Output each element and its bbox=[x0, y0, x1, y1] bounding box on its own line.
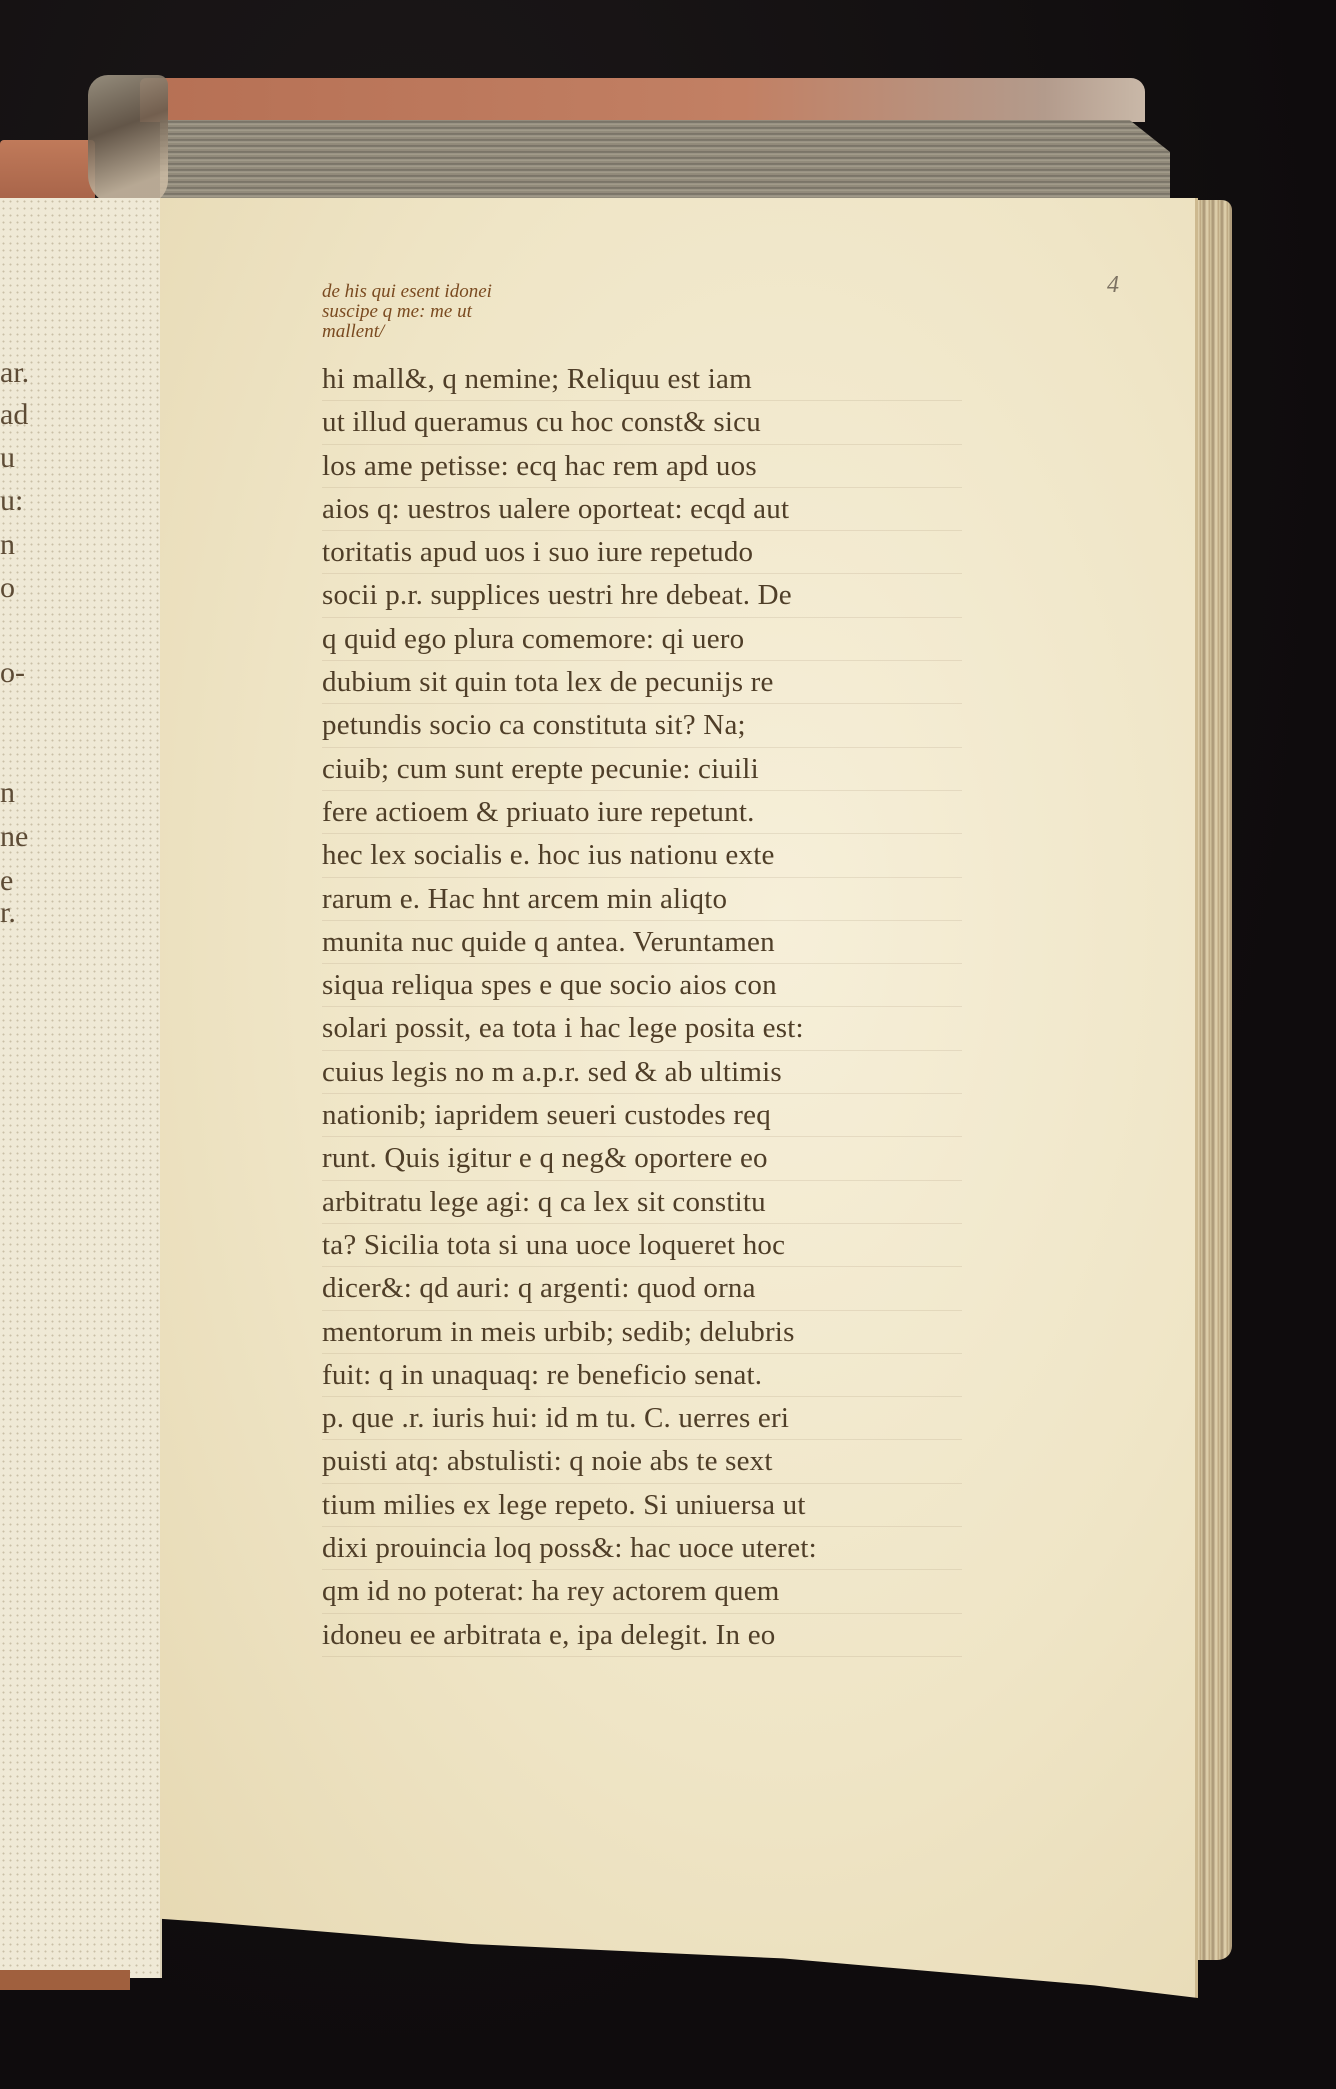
left-page-fragment: e bbox=[0, 866, 40, 896]
text-line: dixi prouincia loq poss&: hac uoce utere… bbox=[322, 1527, 962, 1570]
left-page-fragment: ar. bbox=[0, 358, 40, 388]
gloss-line: de his qui esent idonei bbox=[322, 282, 492, 302]
text-line: puisti atq: abstulisti: q noie abs te se… bbox=[322, 1440, 962, 1483]
text-line: petundis socio ca constituta sit? Na; bbox=[322, 704, 962, 747]
text-line: siqua reliqua spes e que socio aios con bbox=[322, 964, 962, 1007]
text-line: ta? Sicilia tota si una uoce loqueret ho… bbox=[322, 1224, 962, 1267]
left-page-fragment: u bbox=[0, 443, 40, 473]
text-line: toritatis apud uos i suo iure repetudo bbox=[322, 531, 962, 574]
left-page-verso: ar. ad u u: n o o- n ne e r. bbox=[0, 198, 162, 1978]
text-line: hi mall&, q nemine; Reliquu est iam bbox=[322, 358, 962, 401]
page-stack-top-edge bbox=[160, 120, 1170, 200]
text-line: dicer&: qd auri: q argenti: quod orna bbox=[322, 1267, 962, 1310]
text-line: mentorum in meis urbib; sedib; delubris bbox=[322, 1311, 962, 1354]
bottom-binding-board bbox=[0, 1970, 130, 1990]
text-line: p. que .r. iuris hui: id m tu. C. uerres… bbox=[322, 1397, 962, 1440]
main-text-block: hi mall&, q nemine; Reliquu est iam ut i… bbox=[322, 358, 962, 1657]
text-line: idoneu ee arbitrata e, ipa delegit. In e… bbox=[322, 1614, 962, 1657]
text-line: tium milies ex lege repeto. Si uniuersa … bbox=[322, 1484, 962, 1527]
text-line: munita nuc quide q antea. Veruntamen bbox=[322, 921, 962, 964]
gloss-line: suscipe q me: me ut bbox=[322, 302, 492, 322]
left-page-fragment: u: bbox=[0, 486, 40, 516]
folio-number: 4 bbox=[1107, 272, 1119, 299]
left-page-fragment: r. bbox=[0, 898, 40, 928]
text-line: socii p.r. supplices uestri hre debeat. … bbox=[322, 574, 962, 617]
text-line: ciuib; cum sunt erepte pecunie: ciuili bbox=[322, 748, 962, 791]
text-line: runt. Quis igitur e q neg& oportere eo bbox=[322, 1137, 962, 1180]
text-line: q quid ego plura comemore: qi uero bbox=[322, 618, 962, 661]
text-line: solari possit, ea tota i hac lege posita… bbox=[322, 1007, 962, 1050]
text-line: ut illud queramus cu hoc const& sicu bbox=[322, 401, 962, 444]
left-page-fragment: ad bbox=[0, 400, 40, 430]
marginal-gloss: de his qui esent idonei suscipe q me: me… bbox=[322, 282, 492, 342]
left-binding-board bbox=[0, 140, 95, 198]
text-line: los ame petisse: ecq hac rem apd uos bbox=[322, 445, 962, 488]
text-line: cuius legis no m a.p.r. sed & ab ultimis bbox=[322, 1051, 962, 1094]
page-stack-fore-edge bbox=[1192, 200, 1232, 1960]
text-line: aios q: uestros ualere oporteat: ecqd au… bbox=[322, 488, 962, 531]
text-line: rarum e. Hac hnt arcem min aliqto bbox=[322, 878, 962, 921]
text-line: nationib; iapridem seueri custodes req bbox=[322, 1094, 962, 1137]
text-line: fuit: q in unaquaq: re beneficio senat. bbox=[322, 1354, 962, 1397]
left-page-fragment: n bbox=[0, 778, 40, 808]
text-line: fere actioem & priuato iure repetunt. bbox=[322, 791, 962, 834]
book-cover-top-edge bbox=[140, 78, 1145, 122]
gloss-line: mallent/ bbox=[322, 322, 492, 342]
left-page-fragment: o- bbox=[0, 658, 40, 688]
text-line: qm id no poterat: ha rey actorem quem bbox=[322, 1570, 962, 1613]
text-line: hec lex socialis e. hoc ius nationu exte bbox=[322, 834, 962, 877]
left-page-fragment: n bbox=[0, 530, 40, 560]
spine-binding-fragment bbox=[88, 75, 168, 205]
text-line: arbitratu lege agi: q ca lex sit constit… bbox=[322, 1181, 962, 1224]
left-page-fragment: o bbox=[0, 573, 40, 603]
left-page-fragment: ne bbox=[0, 822, 40, 852]
text-line: dubium sit quin tota lex de pecunijs re bbox=[322, 661, 962, 704]
